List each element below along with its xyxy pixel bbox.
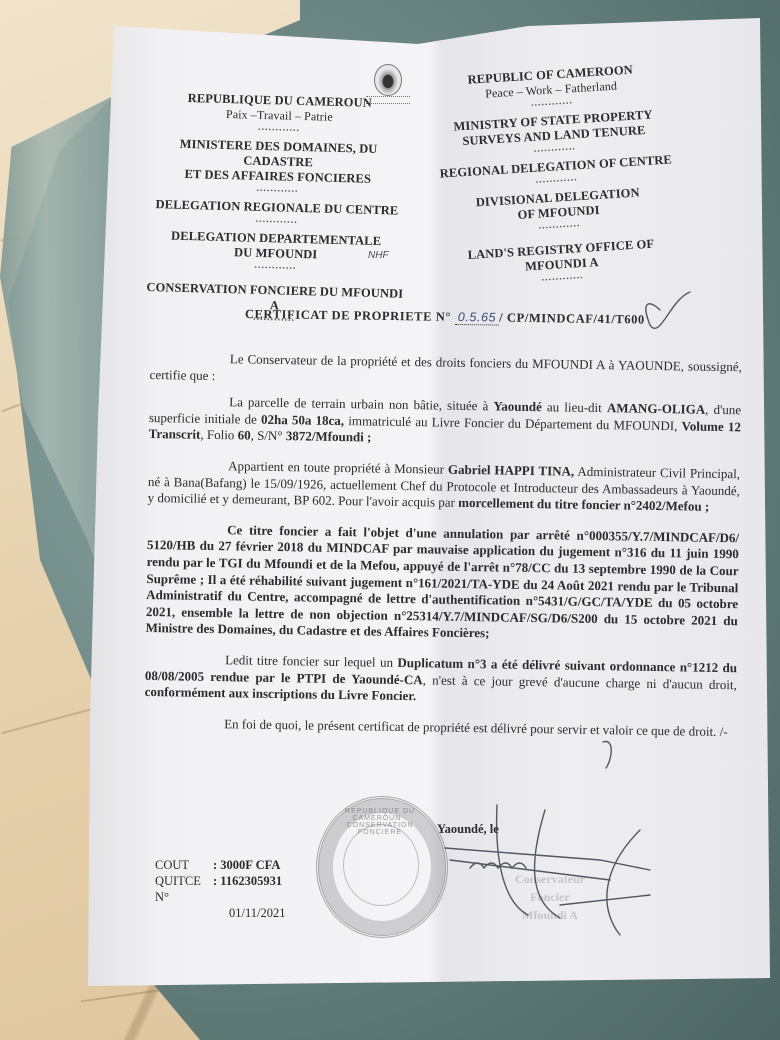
cost-value: : 3000F CFA — [213, 857, 280, 873]
header-english: REPUBLIC OF CAMEROON Peace – Work – Fath… — [430, 60, 683, 295]
certificate-number-handwritten: 0.5.65 — [455, 310, 500, 326]
title-prefix: CERTIFICAT DE PROPRIETE N° — [245, 307, 451, 324]
faded-signatory-block: Conservateur Foncier Mfoundi A — [480, 870, 620, 924]
header-french: REPUBLIQUE DU CAMEROUN Paix –Travail – P… — [144, 90, 410, 333]
place-and-date: Yaoundé, le — [437, 822, 499, 837]
receipt-label: QUITCE N° — [155, 873, 213, 905]
receipt-number: : 1162305931 — [213, 873, 282, 905]
paragraph-owner: Appartient en toute propriété à Monsieur… — [148, 457, 741, 516]
cost-label: COUT — [155, 857, 213, 873]
certificate-body: Le Conservateur de la propriété et des d… — [144, 350, 742, 755]
handwritten-annotation: NHF — [368, 250, 389, 261]
paragraph-intro: Le Conservateur de la propriété et des d… — [149, 350, 741, 392]
title-suffix: / CP/MINDCAF/41/T600 — [499, 311, 645, 327]
coat-of-arms-icon — [374, 64, 402, 96]
certificate-document: REPUBLIQUE DU CAMEROUN Paix –Travail – P… — [0, 0, 780, 1040]
stamp-text: REPUBLIQUE DU CAMEROUN · CONSERVATION FO… — [330, 808, 430, 836]
official-stamp-inner-ring — [343, 824, 419, 906]
paragraph-closing: En foi de quoi, le présent certificat de… — [144, 715, 736, 741]
paragraph-annulment: Ce titre foncier a fait l'objet d'une an… — [145, 521, 739, 646]
paragraph-duplicatum: Ledit titre foncier sur lequel un Duplic… — [144, 651, 737, 710]
paragraph-parcel: La parcelle de terrain urbain non bâtie,… — [149, 393, 742, 452]
fee-block: COUT: 3000F CFA QUITCE N°: 1162305931 01… — [155, 857, 285, 921]
receipt-date: 01/11/2021 — [213, 905, 285, 921]
